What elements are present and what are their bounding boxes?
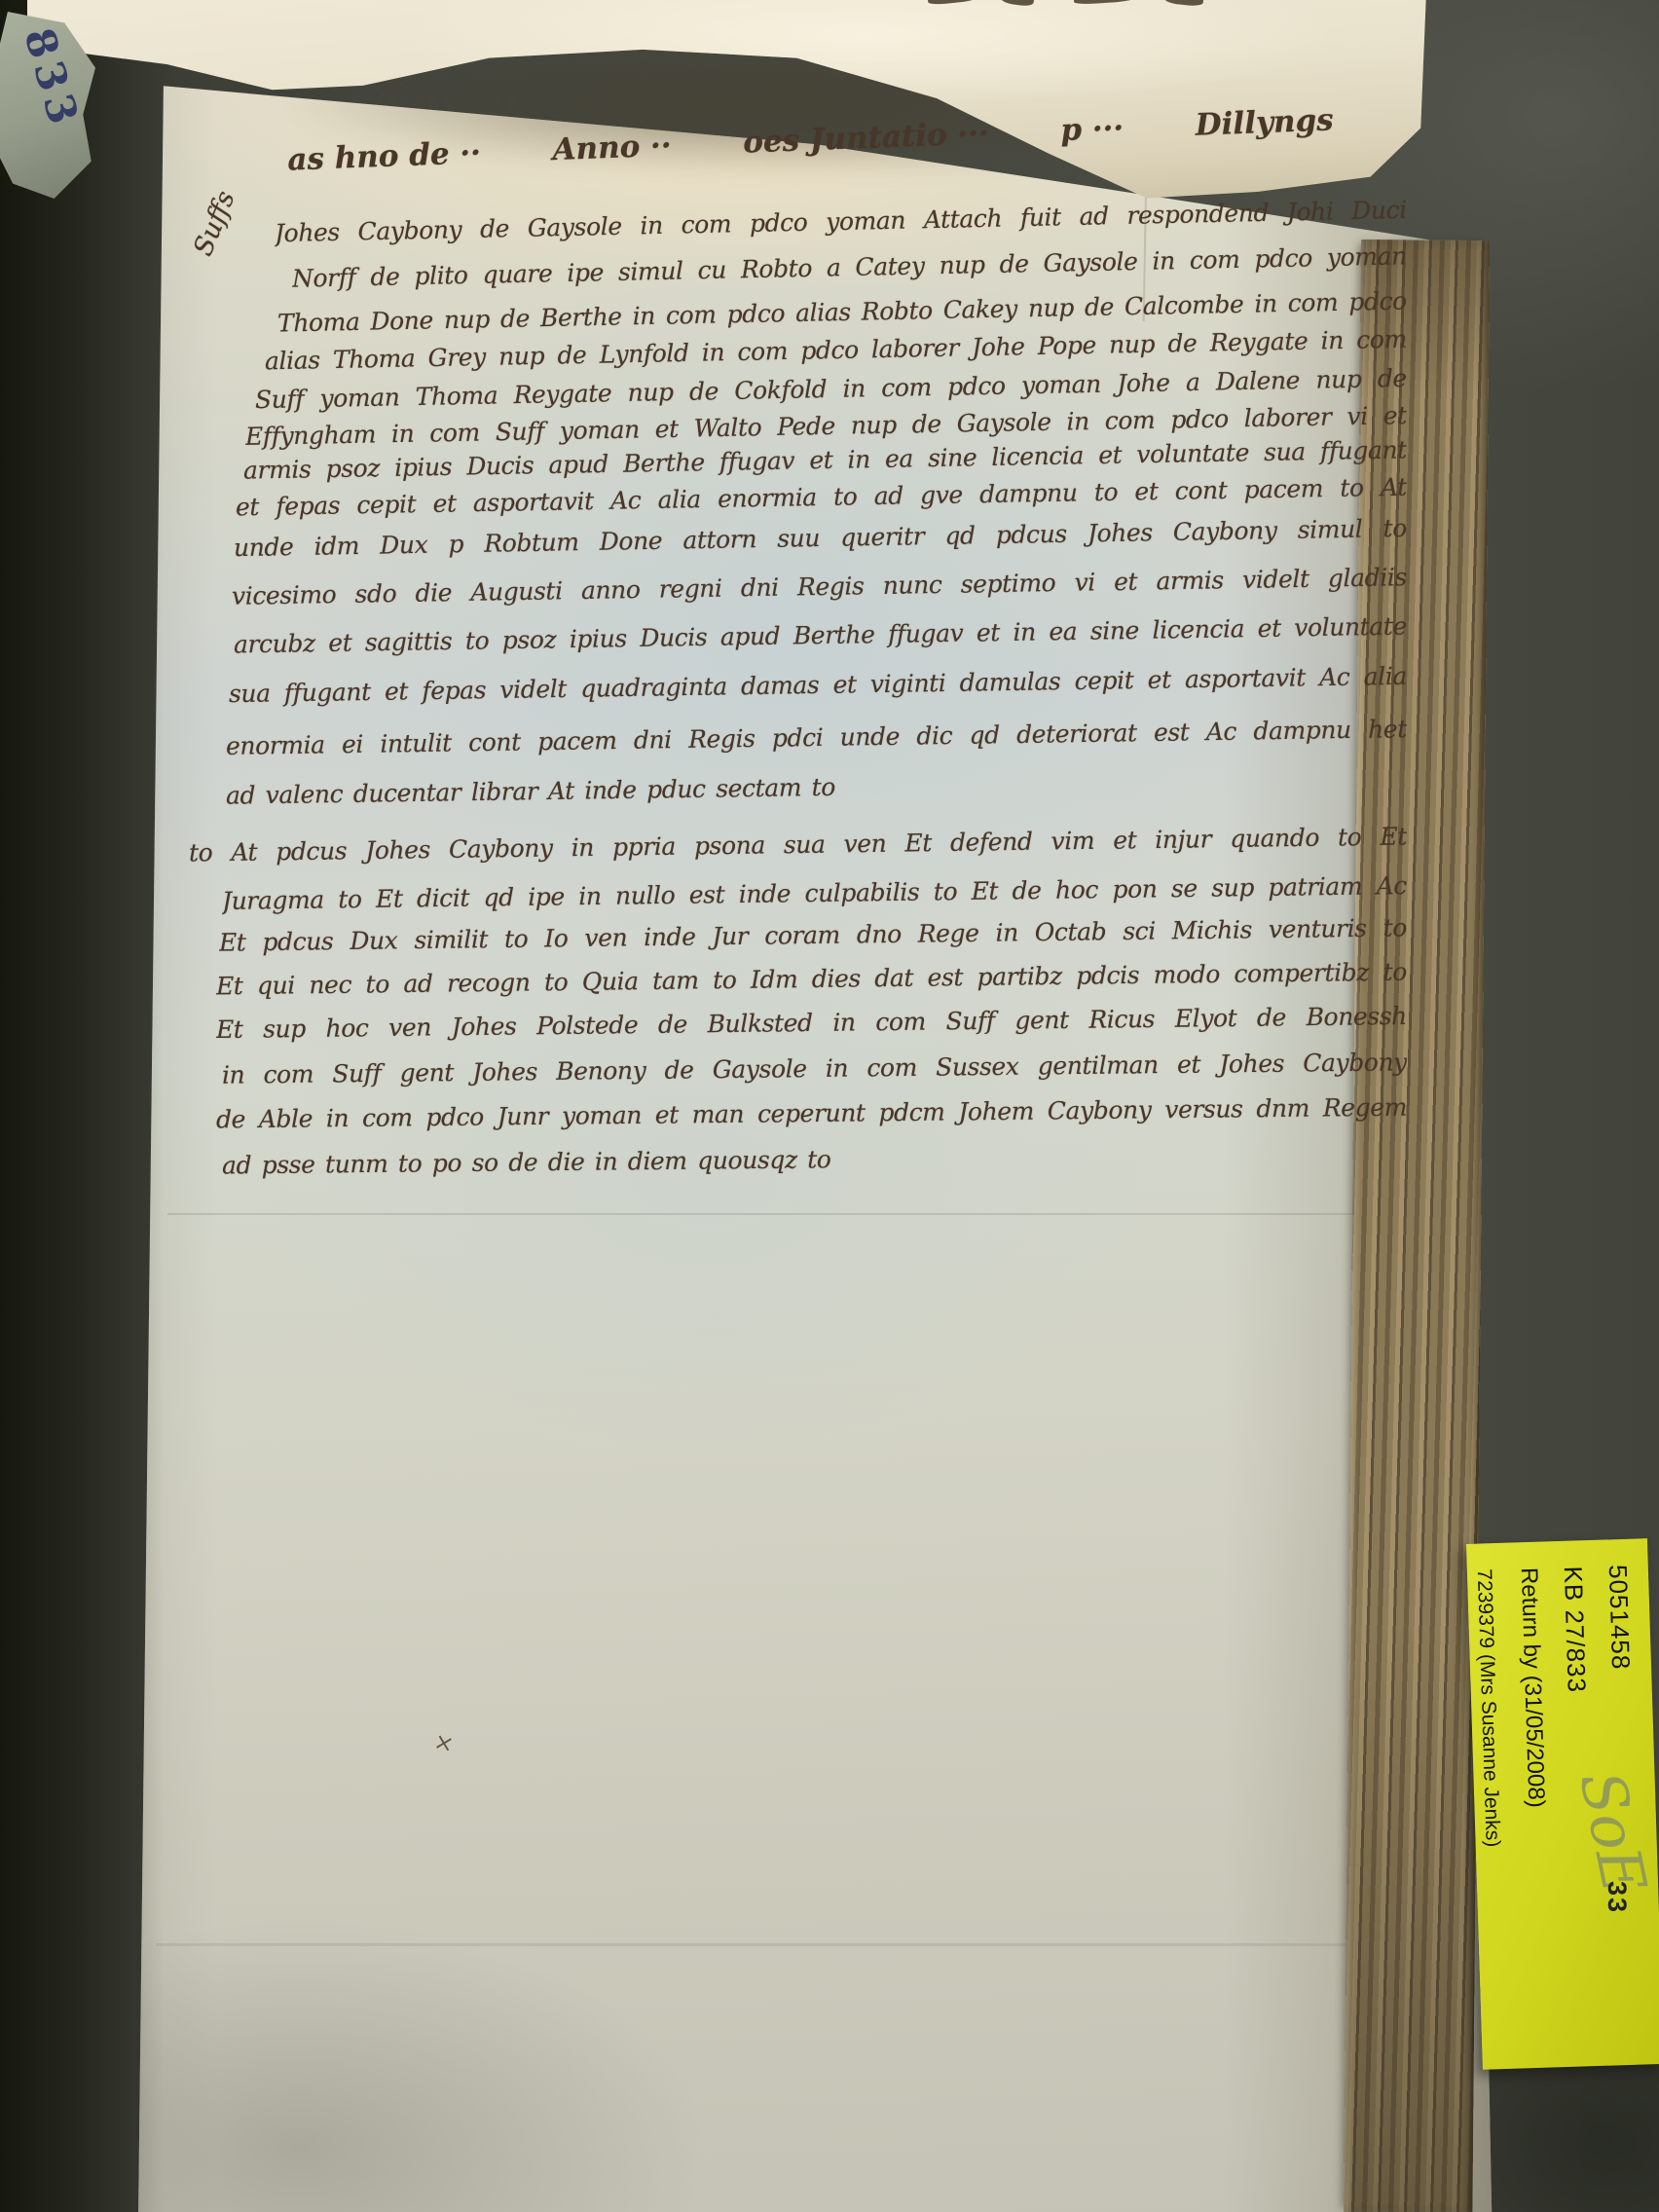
cutoff-ink-remnant bbox=[1000, 0, 1034, 7]
ticket-text-block: 5051458 KB 27/833 Return by (31/05/2008)… bbox=[1466, 1538, 1659, 2070]
yellow-archive-ticket: 5051458 KB 27/833 Return by (31/05/2008)… bbox=[1466, 1538, 1659, 2070]
heading-part: p ··· bbox=[1060, 111, 1124, 148]
cutoff-ink-remnant bbox=[1164, 0, 1204, 7]
photo-scene: 833 as hno de ·· Anno ·· oes Juntatio ··… bbox=[0, 0, 1659, 2212]
cutoff-ink-remnant bbox=[928, 0, 979, 6]
heading-part: Anno ·· bbox=[552, 129, 672, 168]
pencil-initials: SoE bbox=[1578, 1768, 1647, 1897]
heading-part: Dillyngs bbox=[1195, 102, 1334, 142]
heading-part: as hno de ·· bbox=[287, 135, 482, 178]
mat-number-33: 33 bbox=[1602, 1881, 1632, 1914]
scrap-number-833: 833 bbox=[18, 23, 86, 133]
cutoff-ink-remnant bbox=[1074, 0, 1136, 5]
